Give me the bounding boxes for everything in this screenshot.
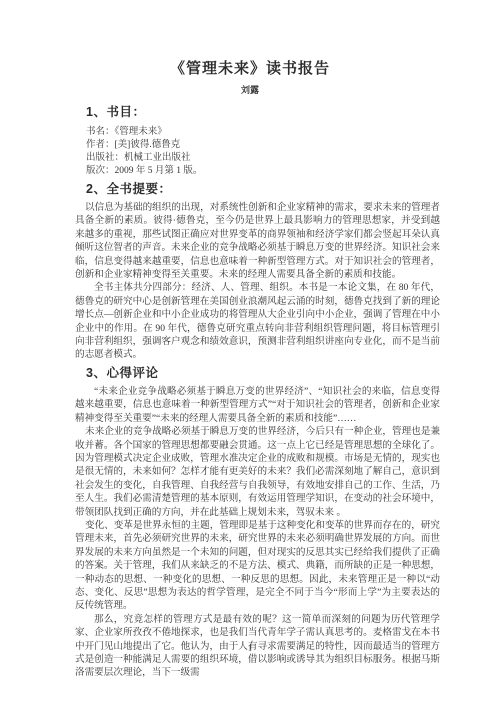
section-heading-summary: 2、全书提要： [86, 181, 440, 197]
document-author: 刘露 [0, 84, 500, 96]
book-author-line: 作者：[美]彼得.德鲁克 [86, 139, 440, 152]
document-title: 《管理未来》读书报告 [0, 0, 500, 80]
section-heading-review: 3、心得评论 [86, 365, 440, 381]
review-paragraph: 变化、变革是世界永恒的主题，管理即是基于这种变化和变革的世界而存在的，研究管理未… [75, 519, 440, 613]
review-paragraph: “未来企业竞争战略必须基于瞬息万变的世界经济”、“知识社会的来临，信息变得越来越… [75, 385, 440, 425]
book-publisher-line: 出版社：机械工业出版社 [86, 152, 440, 165]
book-edition-line: 版次：2009 年 5 月第 1 版。 [86, 165, 440, 178]
section-heading-bibliography: 1、书目： [86, 104, 440, 120]
summary-paragraph: 以信息为基础的组织的出现，对系统性创新和企业家精神的需求，要求未来的管理者具备全… [75, 201, 440, 281]
document-page: 《管理未来》读书报告 刘露 1、书目： 书名：《管理未来》 作者：[美]彼得.德… [0, 0, 500, 708]
book-title-line: 书名：《管理未来》 [86, 126, 440, 139]
page-number: 1 [0, 643, 500, 653]
book-info-block: 书名：《管理未来》 作者：[美]彼得.德鲁克 出版社：机械工业出版社 版次：20… [86, 126, 440, 178]
summary-paragraph: 全书主体共分四部分：经济、人、管理、组织。本书是一本论文集，在 80 年代，德鲁… [75, 281, 440, 361]
review-paragraph: 未来企业的竞争战略必须基于瞬息万变的世界经济，今后只有一种企业，管理也是兼收并蓄… [75, 425, 440, 519]
